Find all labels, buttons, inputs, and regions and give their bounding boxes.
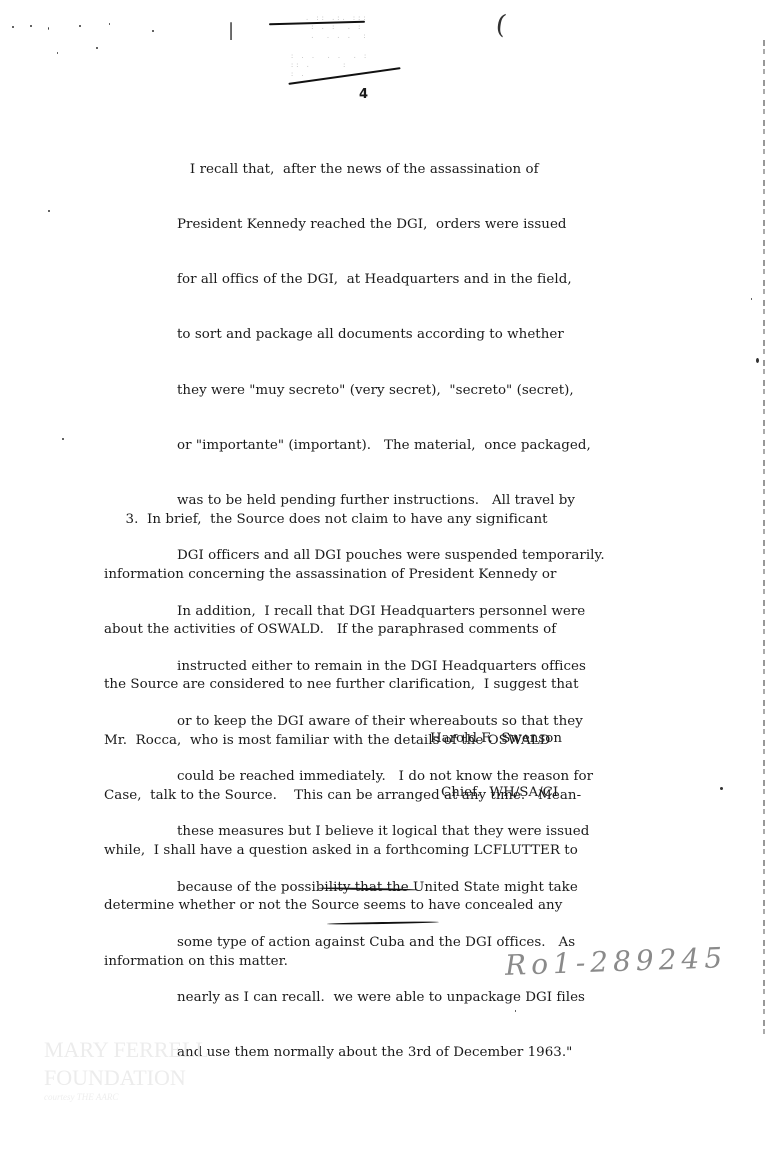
- text-line: President Kennedy reached the DGI, order…: [177, 216, 605, 234]
- text-line: 3. In brief, the Source does not claim t…: [104, 511, 581, 529]
- signature-block: Harold F. Swenson Chief. WH/SA/CI: [430, 694, 562, 838]
- page-number: 4: [359, 87, 368, 102]
- scan-speck: [720, 787, 723, 790]
- scan-speck: [48, 27, 49, 30]
- scan-speck: [30, 25, 32, 27]
- scan-speck: [48, 210, 50, 212]
- scan-speck: [756, 358, 759, 363]
- signatory-title: Chief. WH/SA/CI: [430, 784, 562, 802]
- scan-edge-border: [763, 40, 765, 1040]
- scan-speck: [751, 298, 752, 300]
- text-line: and use them normally about the 3rd of D…: [177, 1044, 605, 1062]
- scan-speck: [57, 52, 58, 54]
- watermark: MARY FERRELL FOUNDATION courtesy THE AAR…: [44, 1036, 209, 1102]
- signatory-name: Harold F. Swenson: [430, 730, 562, 748]
- scan-speck: [12, 26, 14, 28]
- margin-mark: |: [228, 20, 234, 41]
- handwritten-file-number: Ro1-289245: [504, 941, 727, 982]
- text-line: to sort and package all documents accord…: [177, 326, 605, 344]
- text-line: I recall that, after the news of the ass…: [177, 161, 605, 179]
- scan-speck: [109, 23, 110, 25]
- text-line: about the activities of OSWALD. If the p…: [104, 621, 581, 639]
- text-line: for all offics of the DGI, at Headquarte…: [177, 271, 605, 289]
- scan-speck: [96, 47, 98, 49]
- watermark-line: MARY FERRELL: [44, 1036, 209, 1064]
- margin-mark: (: [494, 9, 508, 40]
- text-line: information concerning the assassination…: [104, 566, 581, 584]
- watermark-line: FOUNDATION: [44, 1064, 209, 1092]
- scan-speck: [152, 30, 154, 32]
- document-page: | ( . :: .:. ::: : . : . : . . . . : : .…: [0, 0, 767, 1161]
- watermark-credit: courtesy THE AARC: [44, 1092, 209, 1102]
- text-line: determine whether or not the Source seem…: [104, 897, 581, 915]
- text-line: or "importante" (important). The materia…: [177, 437, 605, 455]
- scan-speck: [62, 438, 64, 440]
- text-line: they were "muy secreto" (very secret), "…: [177, 382, 605, 400]
- text-line: while, I shall have a question asked in …: [104, 842, 581, 860]
- scan-speck: [79, 25, 81, 27]
- faded-stamp-top: . :: .:. ::: : . : . : . . . . :: [305, 14, 368, 41]
- text-line: the Source are considered to nee further…: [104, 676, 581, 694]
